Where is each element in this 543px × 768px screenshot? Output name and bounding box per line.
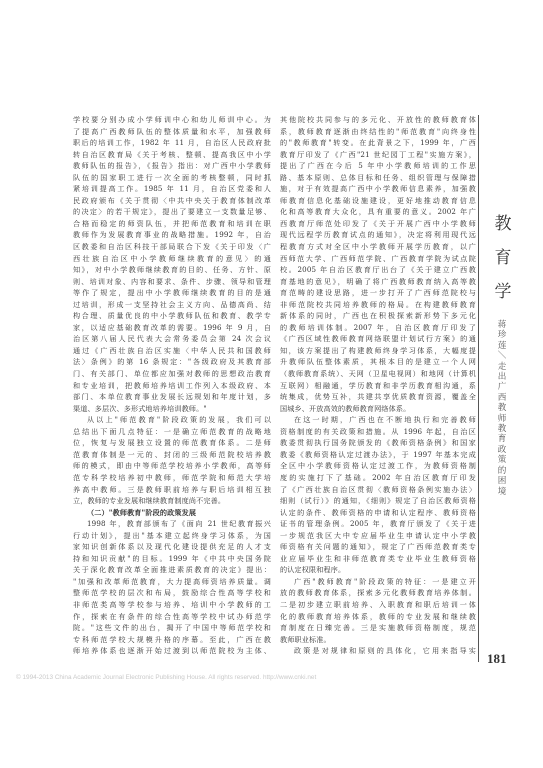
text-line: 专科师范学校大规模升格的序幕。至此，广西在教: [73, 634, 271, 646]
text-line: 认定的条件、教师资格的申请和认定程序、教师资格: [280, 507, 476, 519]
text-line: 二是初步建立职前培养、入职教育和职后培训一体: [280, 599, 476, 611]
text-line: 新体系的同时，广西也在积极探索新形势下多元化: [280, 310, 476, 322]
text-line: 现代远程学历教育试点的通知》，决定将利用现代远: [280, 229, 476, 241]
text-line: 作，探索在有条件的综合性高等学校中试办师范学: [73, 611, 271, 623]
text-line: 《广西区域性教师教育网络联盟计划试行方案》的通: [280, 333, 476, 345]
text-line: 证书的管理条例。2005 年，教育厅颁发了《关于进: [280, 518, 476, 530]
text-line: 渠道、多层次、多形式地培养培训教师。": [73, 403, 271, 415]
text-line: 关于深化教育改革全面推进素质教育的决定》提出：: [73, 564, 271, 576]
text-line: 程教育方式对全区中小学教师开展学历教育，以广: [280, 241, 476, 253]
text-line: 总结出下面几点特征：一是确立师范教育的战略地: [73, 426, 271, 438]
text-line: 位，恢复与发展独立设置的师范教育体系。二是师: [73, 437, 271, 449]
text-line: 提出了广西在今后 5 年中小学教师培训的工作思: [280, 160, 476, 172]
text-line: 路、基本原则、总体目标和任务、组织管理与保障措: [280, 172, 476, 184]
text-line: 放的教师教育体系，探索多元化教师教育培养体制。: [280, 587, 476, 599]
section-title-char: 教: [495, 214, 512, 234]
text-line: 的认定权限和程序。: [280, 564, 476, 576]
text-line: 过培训，形成一支坚持社会主义方向、品德高尚、结: [73, 299, 271, 311]
text-line: 资格制度的有关政策和措施。从 1996 年起，自治区: [280, 426, 476, 438]
text-line: 法〉条例》的第 16 条规定："各级政府及其教育部: [73, 356, 271, 368]
text-line: 国城乡、开放高效的教师教育网络体系。: [280, 403, 476, 415]
text-line: 政策是对规律和原则的具体化，它用来指导实: [280, 645, 476, 657]
text-line: 教师队伍的报告》，《报告》指出：对广西中小学教师: [73, 160, 271, 172]
text-line: 细则（试行）》的通知，《细则》规定了自治区教师资格: [280, 495, 476, 507]
text-line: 一步规范我区大中专应届毕业生申请认定中小学教: [280, 530, 476, 542]
article-right-column: 其他院校共同参与的多元化、开放性的教师教育体系，教师教育逐渐由终结性的"师范教育…: [280, 114, 476, 657]
section-title-char: 学: [495, 282, 512, 302]
text-line: 全区中小学教师资格认定过渡工作，为教师资格制: [280, 460, 476, 472]
text-line: 合格而稳定的师资队伍，并把师范教育和培训在职: [73, 218, 271, 230]
text-line: 治区第八届人民代表大会常务委员会第 24 次会议: [73, 333, 271, 345]
text-line: 化和高等教育大众化，具有重要的意义。2002 年广: [280, 206, 476, 218]
copyright-footer: © 1994-2013 China Academic Journal Elect…: [16, 674, 316, 681]
text-line: "加强和改革师范教育，大力提高师资培养质量。调: [73, 576, 271, 588]
section-heading: （二）"教师教育"阶段的政策发展: [73, 507, 271, 519]
text-line: 广西"教师教育"阶段政策的特征：一是建立开: [280, 576, 476, 588]
text-line: 在这一时期，广西也在不断地执行和完善教师: [280, 414, 476, 426]
section-title-vertical: 教 育 学: [491, 214, 515, 302]
section-title-char: 育: [495, 248, 512, 268]
text-line: 校。2005 年自治区教育厅出台了《关于建立广西教: [280, 264, 476, 276]
text-line: 度的实施打下了基础。2002 年自治区教育厅印发: [280, 472, 476, 484]
text-line: 民政府颁布《关于贯彻〈中共中央关于教育体制改革: [73, 195, 271, 207]
text-line: 范专科学校培养初中教师，师范学院和师范大学培: [73, 472, 271, 484]
text-line: 了提高广西教师队伍的整体质量和水平，加强教师: [73, 126, 271, 138]
text-line: 队伍的国家职工进行一次全面的考核整顿，同时抓: [73, 172, 271, 184]
text-line: 从以上"师范教育"阶段政策的发展，我们可以: [73, 414, 271, 426]
text-line: 教育厅印发了《广西"21 世纪园丁工程"实施方案》，: [280, 149, 476, 161]
text-line: 非师范院校共同培养教师的格局。在构建教师教育: [280, 299, 476, 311]
text-line: 系，教师教育逐渐由终结性的"师范教育"向终身性: [280, 126, 476, 138]
page-number: 181: [487, 651, 507, 667]
text-line: 则、培训对象、内容和要求、条件、步骤、领导和管理: [73, 276, 271, 288]
text-line: 教师职业标准。: [280, 634, 476, 646]
text-line: 职后的培训工作，1982 年 11 月，自治区人民政府批: [73, 137, 271, 149]
text-line: （教师教育系统）、天网（卫星电视网）和地网（计算机: [280, 368, 476, 380]
text-line: 非师范类高等学校参与培养、培训中小学教师的工: [73, 599, 271, 611]
text-line: 教委贯彻执行国务院颁发的《教师资格条例》和国家: [280, 437, 476, 449]
text-line: 育制度在日臻完善。三是实施教师资格制度，规范: [280, 622, 476, 634]
text-line: 的教师培训体制。2007 年，自治区教育厅印发了: [280, 322, 476, 334]
text-line: 的"教师教育"转变。在此背景之下，1999 年，广西: [280, 137, 476, 149]
text-line: 和专业培训，把教师培养培训工作列入本级政府、本: [73, 380, 271, 392]
text-line: 了《广西壮族自治区贯彻〈教师资格条例实施办法〉: [280, 484, 476, 496]
text-line: 知，该方案提出了构建教师终身学习体系，大幅度提: [280, 345, 476, 357]
text-line: 范教育体制是一元的、封闭的三级师范院校培养教: [73, 449, 271, 461]
text-line: 1998 年，教育部颁布了《面向 21 世纪教育振兴: [73, 518, 271, 530]
text-line: 知》，对中小学教师继续教育的目的、任务、方针、原: [73, 264, 271, 276]
running-title-vertical: 蒋珍莲＼走出广西教师教育政策的困境: [494, 320, 510, 497]
text-line: 门、有关部门、单位都应加强对教师的思想政治教育: [73, 368, 271, 380]
text-line: 西师范大学、广西师范学院、广西教育学院为试点院: [280, 253, 476, 265]
text-line: 互联网）相融通，学历教育和非学历教育相沟通，系: [280, 380, 476, 392]
text-line: 构合理、质量优良的中小学教师队伍和教育、教学专: [73, 310, 271, 322]
text-line: 通过《广西壮族自治区实施〈中华人民共和国教师: [73, 345, 271, 357]
text-line: 西教育厅师范处印发了《关于开展广西中小学教师: [280, 218, 476, 230]
text-line: 育基地的意见》，明确了将广西教师教育纳入高等教: [280, 276, 476, 288]
text-line: 转自治区教育局《关于考核、整顿、提高我区中小学: [73, 149, 271, 161]
text-line: 院。"这些文件的出台，揭开了中国中等师范学校和: [73, 622, 271, 634]
text-line: 施，对于有效提高广西中小学教师信息素养，加强教: [280, 183, 476, 195]
text-line: 师教育信息化基础设施建设，更好地推动教育信息: [280, 195, 476, 207]
text-line: 家知识创新体系以及现代化建设提供充足的人才支: [73, 541, 271, 553]
text-line: 紧培训提高工作。1985 年 11 月，自治区党委和人: [73, 183, 271, 195]
text-line: 业应届毕业生和非师范教育类专业毕业生教师资格: [280, 553, 476, 565]
text-line: 家，以适应基础教育改革的需要。1996 年 9 月，自: [73, 322, 271, 334]
text-line: 师资格有关问题的通知》，规定了广西师范教育类专: [280, 541, 476, 553]
text-line: 统集成，优势互补，共建共享优质教育资源，覆盖全: [280, 391, 476, 403]
text-line: 化的教师教育培养体系，教师的专业发展和继续教: [280, 611, 476, 623]
text-line: 等作了规定，提出中小学教师继续教育的目的是通: [73, 287, 271, 299]
text-line: 养高中教师。三是教师职前培养与职后培训相互独: [73, 484, 271, 496]
text-line: 育范畴的建设思路，进一步打开了广西师范院校与: [280, 287, 476, 299]
text-line: 升教师队伍整体素质，其根本目的是建立一个人网: [280, 356, 476, 368]
text-line: 行动计划》，提出"基本建立起终身学习体系，为国: [73, 530, 271, 542]
text-line: 的决定〉的若干规定》，提出了要建立一支数量足够、: [73, 206, 271, 218]
text-line: 教师作为发展教育事业的战略措施。1992 年，自治: [73, 229, 271, 241]
text-line: 持和知识贡献"的目标。1999 年《中共中央国务院: [73, 553, 271, 565]
text-line: 其他院校共同参与的多元化、开放性的教师教育体: [280, 114, 476, 126]
article-left-column: 学校要分别办成小学师训中心和幼儿师训中心。为了提高广西教师队伍的整体质量和水平，…: [73, 114, 271, 657]
text-line: 部门、本单位教育事业发展长远规划和年度计划，多: [73, 391, 271, 403]
text-line: 师培养体系也逐渐开始过渡到以师范院校为主体、: [73, 645, 271, 657]
text-line: 学校要分别办成小学师训中心和幼儿师训中心。为: [73, 114, 271, 126]
text-line: 教委《教师资格认定过渡办法》，于 1997 年基本完成: [280, 449, 476, 461]
margin-divider-rule: [478, 115, 479, 662]
text-line: 区教委和自治区科技干部局联合下发《关于印发〈广: [73, 241, 271, 253]
text-line: 师的模式，即由中等师范学校培养小学教师，高等师: [73, 460, 271, 472]
text-line: 整师范学校的层次和布局，鼓励综合性高等学校和: [73, 587, 271, 599]
text-line: 西壮族自治区中小学教师继续教育的意见〉的通: [73, 253, 271, 265]
text-line: 立，教师的专业发展和继续教育制度尚不完善。: [73, 495, 271, 507]
